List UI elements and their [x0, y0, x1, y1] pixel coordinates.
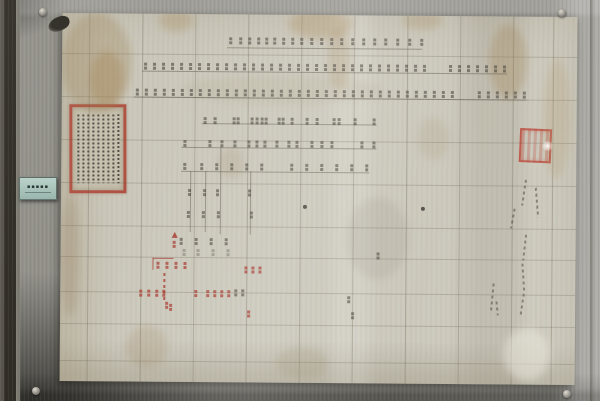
- ink-mark: [372, 141, 375, 144]
- ink-mark: [373, 118, 376, 121]
- ink-mark: [280, 90, 283, 93]
- ink-mark: [388, 91, 391, 94]
- ink-mark: [212, 249, 215, 252]
- ink-mark: [273, 38, 276, 41]
- red-ink-mark: [213, 290, 216, 293]
- ink-mark: [360, 141, 363, 144]
- ink-mark: [370, 90, 373, 93]
- ink-mark: [163, 89, 166, 92]
- red-bracket-line: [153, 258, 174, 259]
- ink-mark: [406, 91, 409, 94]
- ink-mark: [265, 118, 268, 121]
- ink-mark: [377, 252, 380, 255]
- ink-mark: [487, 91, 490, 94]
- ink-mark: [275, 141, 278, 144]
- ink-mark: [243, 63, 246, 66]
- ink-mark: [351, 38, 354, 41]
- ink-mark: [183, 249, 186, 252]
- ink-mark: [227, 249, 230, 252]
- ink-mark: [233, 140, 236, 143]
- frame-screw-icon: [32, 387, 40, 395]
- ink-mark: [183, 163, 186, 166]
- red-box-text-column: [107, 114, 109, 183]
- ink-mark: [334, 90, 337, 93]
- ink-mark: [216, 189, 219, 192]
- red-box-text-column: [112, 114, 114, 183]
- red-ink-mark: [165, 262, 168, 265]
- ink-mark: [255, 141, 258, 144]
- ink-mark: [424, 91, 427, 94]
- ink-mark: [234, 63, 237, 66]
- red-ink-mark: [173, 241, 176, 244]
- ink-mark: [244, 89, 247, 92]
- ink-mark: [271, 90, 274, 93]
- ink-mark: [204, 117, 207, 120]
- ink-mark: [190, 89, 193, 92]
- ink-mark: [203, 189, 206, 192]
- ink-mark: [485, 65, 488, 68]
- ink-mark: [408, 39, 411, 42]
- ink-mark: [362, 38, 365, 41]
- ink-mark: [220, 140, 223, 143]
- ink-mark: [136, 89, 139, 92]
- ink-mark: [239, 37, 242, 40]
- ink-mark: [189, 63, 192, 66]
- ink-mark: [451, 91, 454, 94]
- ink-mark: [256, 118, 259, 121]
- red-box-text-column: [102, 114, 104, 183]
- ink-mark: [365, 164, 368, 167]
- ink-mark: [458, 65, 461, 68]
- ink-mark: [324, 64, 327, 67]
- red-box-text-column: [82, 114, 84, 183]
- red-ink-mark: [206, 290, 209, 293]
- ink-mark: [172, 89, 175, 92]
- ink-mark: [307, 90, 310, 93]
- ink-mark: [442, 91, 445, 94]
- ink-mark: [217, 211, 220, 214]
- ink-mark: [343, 90, 346, 93]
- exhibit-label: ▪▪▪▪▪: [19, 177, 57, 200]
- document-sheet: [60, 13, 578, 385]
- ink-mark: [325, 90, 328, 93]
- ink-mark: [423, 65, 426, 68]
- ink-mark: [180, 63, 183, 66]
- frame-screw-icon: [563, 390, 571, 398]
- ink-mark: [198, 63, 201, 66]
- ink-mark: [420, 39, 423, 42]
- ink-mark: [260, 164, 263, 167]
- ink-mark: [265, 38, 268, 41]
- ink-mark: [306, 64, 309, 67]
- ink-mark: [384, 39, 387, 42]
- exhibit-label-text: ▪▪▪▪▪: [27, 185, 49, 190]
- red-ink-mark: [251, 266, 254, 269]
- ink-mark: [503, 65, 506, 68]
- ink-mark: [351, 312, 354, 315]
- red-ink-mark: [156, 262, 159, 265]
- ink-mark: [352, 90, 355, 93]
- ink-mark: [340, 38, 343, 41]
- ink-mark: [291, 38, 294, 41]
- ink-mark: [351, 64, 354, 67]
- ink-mark: [217, 89, 220, 92]
- ink-mark: [373, 38, 376, 41]
- frame-screw-icon: [558, 9, 566, 17]
- frame-screw-icon: [39, 8, 47, 16]
- ink-mark: [335, 164, 338, 167]
- ink-mark: [415, 91, 418, 94]
- ink-mark: [315, 64, 318, 67]
- ink-mark: [350, 164, 353, 167]
- ink-mark: [234, 289, 237, 292]
- red-flag-mark: [172, 232, 178, 238]
- ink-mark: [279, 64, 282, 67]
- ink-mark: [262, 90, 265, 93]
- ink-mark: [197, 249, 200, 252]
- ink-mark: [396, 65, 399, 68]
- red-ink-mark: [227, 290, 230, 293]
- ink-mark: [261, 118, 264, 121]
- ink-mark: [208, 89, 211, 92]
- ink-mark: [144, 63, 147, 66]
- ink-mark: [306, 118, 309, 121]
- ink-mark: [247, 140, 250, 143]
- ink-mark: [414, 65, 417, 68]
- ink-mark: [354, 118, 357, 121]
- ink-mark: [154, 89, 157, 92]
- red-bracket-line: [152, 258, 153, 270]
- red-annotation-box: [69, 104, 126, 193]
- ink-mark: [270, 64, 273, 67]
- exhibit-label-subtext: [25, 192, 51, 193]
- ink-mark: [237, 117, 240, 120]
- ink-mark: [208, 140, 211, 143]
- red-ink-mark: [169, 304, 172, 307]
- ink-mark: [225, 63, 228, 66]
- ink-mark: [387, 65, 390, 68]
- red-box-text-column: [117, 114, 119, 183]
- red-ink-mark: [244, 266, 247, 269]
- ink-mark: [282, 118, 285, 121]
- ink-mark: [310, 141, 313, 144]
- red-box-text-column: [92, 114, 94, 183]
- ink-mark: [248, 37, 251, 40]
- paper-stain: [417, 118, 449, 160]
- paper-stain: [276, 347, 328, 379]
- ink-mark: [523, 92, 526, 95]
- red-box-text-column: [77, 114, 79, 183]
- ink-mark: [316, 90, 319, 93]
- ink-mark: [245, 163, 248, 166]
- ink-mark: [433, 91, 436, 94]
- ink-mark: [291, 118, 294, 121]
- ink-mark: [180, 238, 183, 241]
- red-ink-mark: [194, 290, 197, 293]
- red-ink-mark: [139, 290, 142, 293]
- ink-mark: [310, 38, 313, 41]
- ink-mark: [330, 141, 333, 144]
- ink-mark: [298, 90, 301, 93]
- ink-mark: [333, 64, 336, 67]
- ink-mark: [257, 38, 260, 41]
- ink-mark: [297, 64, 300, 67]
- ink-mark: [200, 163, 203, 166]
- ink-mark: [230, 163, 233, 166]
- ink-mark: [195, 238, 198, 241]
- ink-mark: [233, 117, 236, 120]
- ink-mark: [289, 90, 292, 93]
- ink-mark: [199, 89, 202, 92]
- ink-mark: [300, 38, 303, 41]
- ink-mark: [449, 65, 452, 68]
- paper-stain: [346, 197, 409, 279]
- red-box-text-column: [97, 114, 99, 183]
- ink-mark: [396, 39, 399, 42]
- ink-mark: [405, 65, 408, 68]
- ink-mark: [207, 63, 210, 66]
- ink-mark: [379, 90, 382, 93]
- ink-mark: [282, 38, 285, 41]
- red-ink-mark: [174, 262, 177, 265]
- ink-mark: [248, 189, 251, 192]
- ink-mark: [188, 189, 191, 192]
- ink-mark: [183, 140, 186, 143]
- red-ink-mark: [183, 262, 186, 265]
- ink-mark: [171, 63, 174, 66]
- pin-dot: [303, 205, 307, 209]
- red-ink-mark: [258, 267, 261, 270]
- ink-mark: [494, 65, 497, 68]
- ink-mark: [187, 211, 190, 214]
- ink-mark: [210, 238, 213, 241]
- ink-mark: [202, 211, 205, 214]
- ink-mark: [216, 63, 219, 66]
- ink-mark: [338, 118, 341, 121]
- ink-mark: [342, 64, 345, 67]
- ink-mark: [287, 141, 290, 144]
- ink-mark: [305, 164, 308, 167]
- ink-mark: [253, 89, 256, 92]
- ink-mark: [316, 118, 319, 121]
- ink-mark: [252, 63, 255, 66]
- red-ink-mark: [220, 290, 223, 293]
- ink-mark: [290, 164, 293, 167]
- red-dash-column: [163, 273, 165, 301]
- ink-mark: [360, 64, 363, 67]
- ink-mark: [251, 117, 254, 120]
- ink-mark: [181, 89, 184, 92]
- ink-mark: [361, 90, 364, 93]
- framed-document-photo: ▪▪▪▪▪: [0, 0, 600, 401]
- ink-mark: [476, 65, 479, 68]
- ink-mark: [263, 141, 266, 144]
- ink-mark: [369, 64, 372, 67]
- ink-mark: [320, 141, 323, 144]
- ink-mark: [333, 118, 336, 121]
- ink-mark: [261, 64, 264, 67]
- ink-mark: [330, 38, 333, 41]
- paper-stain: [504, 328, 550, 380]
- ink-mark: [250, 211, 253, 214]
- ink-mark: [225, 238, 228, 241]
- light-reflection-dot: [542, 141, 553, 151]
- ink-mark: [320, 164, 323, 167]
- ink-mark: [215, 163, 218, 166]
- paper-stain: [126, 325, 168, 367]
- ink-mark: [378, 64, 381, 67]
- ink-mark: [235, 89, 238, 92]
- ink-mark: [278, 118, 281, 121]
- ink-mark: [478, 91, 481, 94]
- ink-mark: [295, 141, 298, 144]
- ink-mark: [496, 91, 499, 94]
- ink-mark: [214, 117, 217, 120]
- ink-mark: [514, 92, 517, 95]
- ink-mark: [288, 64, 291, 67]
- ink-mark: [505, 91, 508, 94]
- ink-mark: [153, 63, 156, 66]
- red-ink-mark: [155, 290, 158, 293]
- ink-mark: [241, 289, 244, 292]
- ink-mark: [226, 89, 229, 92]
- ink-mark: [320, 38, 323, 41]
- red-ink-mark: [147, 290, 150, 293]
- ink-mark: [467, 65, 470, 68]
- red-ink-mark: [165, 302, 168, 305]
- ink-mark: [162, 63, 165, 66]
- pin-dot: [421, 207, 425, 211]
- ink-mark: [347, 296, 350, 299]
- ink-mark: [229, 37, 232, 40]
- ink-mark: [397, 91, 400, 94]
- ink-mark: [145, 89, 148, 92]
- red-ink-mark: [247, 310, 250, 313]
